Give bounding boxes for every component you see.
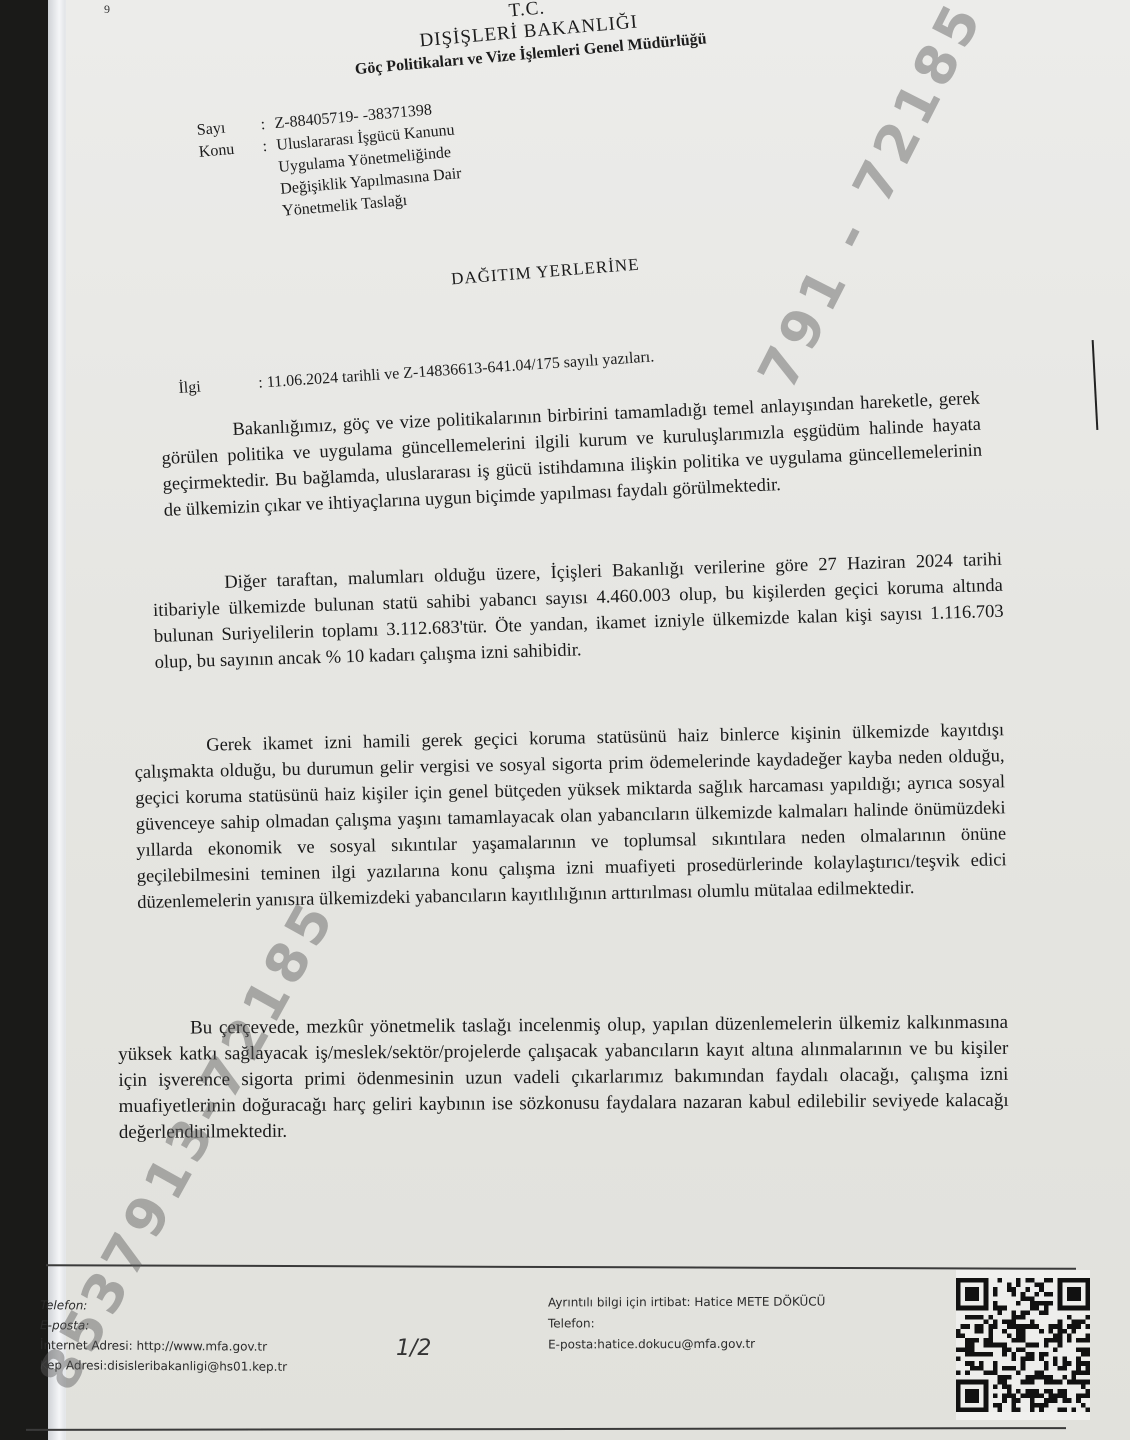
footer-contact-email[interactable]: E-posta:hatice.dokucu@mfa.gov.tr (548, 1334, 826, 1356)
footer-contact-right: Ayrıntılı bilgi için irtibat: Hatice MET… (548, 1292, 826, 1356)
qr-code-icon (956, 1270, 1090, 1420)
paragraph-text: Gerek ikamet izni hamili gerek geçici ko… (134, 717, 1007, 916)
paragraph-text: Diğer taraftan, malumları olduğu üzere, … (152, 547, 1005, 676)
document-meta: Sayı : Z-88405719- -38371398 Konu : Ulus… (196, 87, 584, 230)
letterhead: T.C. DIŞİŞLERİ BAKANLIĞI Göç Politikalar… (297, 0, 761, 85)
footer-contact-telefon: Telefon: (548, 1313, 826, 1335)
body-paragraph-2: Diğer taraftan, malumları olduğu üzere, … (152, 547, 1005, 676)
footer-divider-bottom (26, 1427, 1066, 1431)
body-paragraph-1: Bakanlığımız, göç ve vize politikalarını… (160, 386, 984, 524)
ilgi-label: İlgi (178, 375, 259, 398)
margin-pen-mark (1092, 340, 1099, 430)
body-paragraph-3: Gerek ikamet izni hamili gerek geçici ko… (134, 717, 1007, 916)
konu-value: Uluslararası İşgücü Kanunu Uygulama Yöne… (276, 117, 493, 223)
ilgi-value: : 11.06.2024 tarihli ve Z-14836613-641.0… (258, 348, 655, 392)
footer-contact-person: Ayrıntılı bilgi için irtibat: Hatice MET… (548, 1292, 826, 1314)
paragraph-text: Bakanlığımız, göç ve vize politikalarını… (160, 386, 984, 524)
corner-mark: 9 (104, 2, 110, 17)
konu-label: Konu (198, 136, 269, 229)
page-number: 1/2 (396, 1336, 431, 1361)
document-page: 9 T.C. DIŞİŞLERİ BAKANLIĞI Göç Politikal… (66, 0, 1130, 1440)
distribution-heading: DAĞITIM YERLERİNE (451, 255, 641, 290)
footer-divider-top (46, 1264, 1076, 1270)
